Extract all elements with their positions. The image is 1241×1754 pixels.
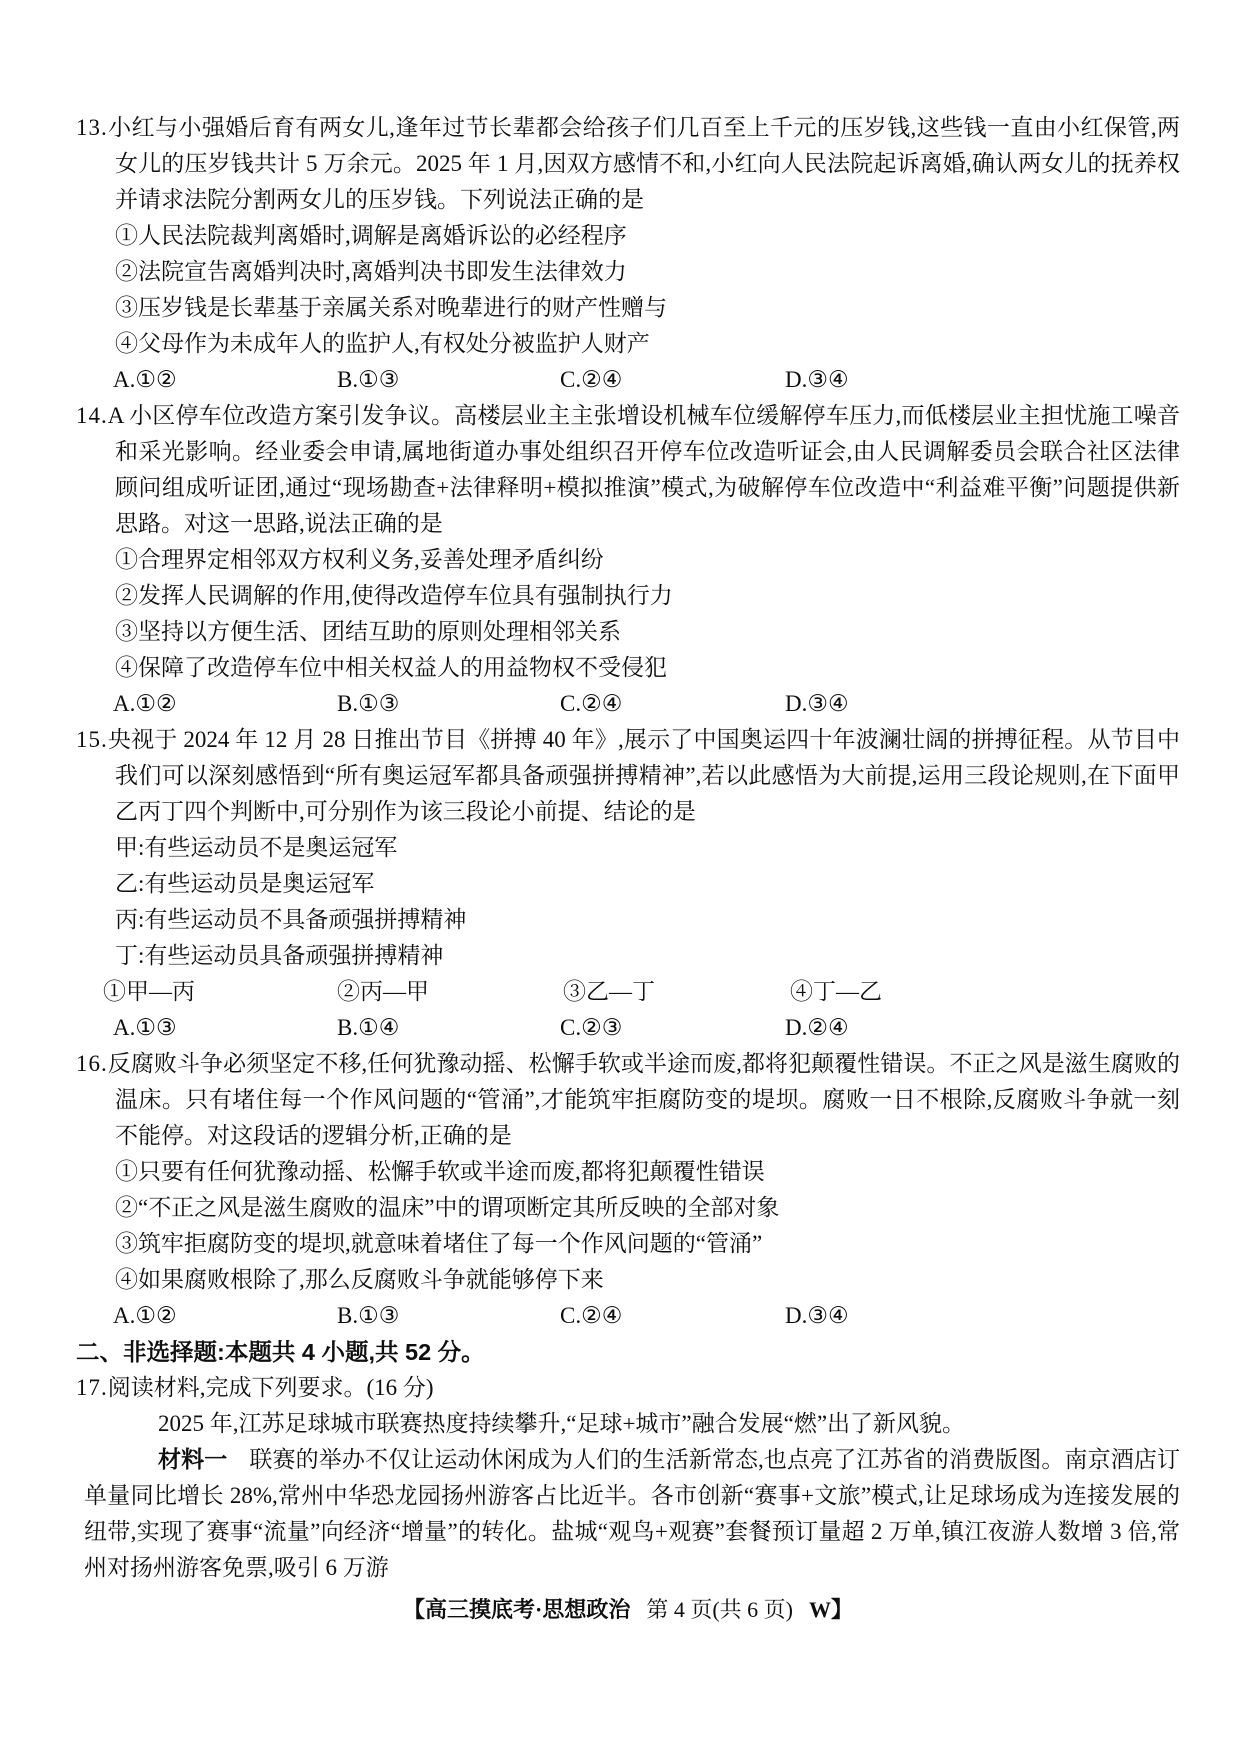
question-13-choice-d: D.③④ [785,362,1180,398]
question-14-choice-d: D.③④ [785,686,1180,722]
section-2-heading: 二、非选择题:本题共 4 小题,共 52 分。 [76,1334,1180,1370]
question-15-statement-jia: 甲:有些运动员不是奥运冠军 [76,830,1180,866]
question-17-intro: 17.阅读材料,完成下列要求。(16 分) [76,1370,1180,1406]
question-13-choices: A.①② B.①③ C.②④ D.③④ [76,362,1180,398]
question-15-choice-b: B.①④ [337,1010,560,1046]
question-15-pair-1: ①甲—丙 [103,974,337,1010]
question-16-choice-a: A.①② [113,1298,337,1334]
question-16-option-3: ③筑牢拒腐防变的堤坝,就意味着堵住了每一个作风问题的“管涌” [76,1226,1180,1262]
question-16-number: 16. [76,1051,108,1076]
question-15-number: 15. [76,727,108,752]
question-14-option-3: ③坚持以方便生活、团结互助的原则处理相邻关系 [76,614,1180,650]
footer-page-number: 第 4 页(共 6 页) [646,1597,793,1622]
question-14-option-4: ④保障了改造停车位中相关权益人的用益物权不受侵犯 [76,650,1180,686]
question-14: 14.A 小区停车位改造方案引发争议。高楼层业主主张增设机械车位缓解停车压力,而… [76,398,1180,722]
question-16-option-2: ②“不正之风是滋生腐败的温床”中的谓项断定其所反映的全部对象 [76,1190,1180,1226]
question-13-option-3: ③压岁钱是长辈基于亲属关系对晚辈进行的财产性赠与 [76,290,1180,326]
question-15-choices: A.①③ B.①④ C.②③ D.②④ [76,1010,1180,1046]
question-17-text: 阅读材料,完成下列要求。(16 分) [108,1375,434,1400]
question-13-choice-b: B.①③ [337,362,560,398]
question-16-text: 反腐败斗争必须坚定不移,任何犹豫动摇、松懈手软或半途而废,都将犯颠覆性错误。不正… [108,1051,1180,1148]
question-14-choice-b: B.①③ [337,686,560,722]
question-15-statement-bing: 丙:有些运动员不具备顽强拼搏精神 [76,902,1180,938]
question-15-choice-d: D.②④ [785,1010,1180,1046]
question-14-choices: A.①② B.①③ C.②④ D.③④ [76,686,1180,722]
question-17-material: 2025 年,江苏足球城市联赛热度持续攀升,“足球+城市”融合发展“燃”出了新风… [76,1406,1180,1586]
question-13-stem: 13.小红与小强婚后育有两女儿,逢年过节长辈都会给孩子们几百至上千元的压岁钱,这… [76,110,1180,218]
footer-version-mark: W】 [809,1597,853,1622]
question-17: 17.阅读材料,完成下列要求。(16 分) 2025 年,江苏足球城市联赛热度持… [76,1370,1180,1586]
question-14-choice-a: A.①② [113,686,337,722]
question-13: 13.小红与小强婚后育有两女儿,逢年过节长辈都会给孩子们几百至上千元的压岁钱,这… [76,110,1180,398]
material-intro-paragraph: 2025 年,江苏足球城市联赛热度持续攀升,“足球+城市”融合发展“燃”出了新风… [76,1406,1180,1442]
question-15-choice-c: C.②③ [560,1010,785,1046]
material-1-paragraph: 材料一联赛的举办不仅让运动休闲成为人们的生活新常态,也点亮了江苏省的消费版图。南… [76,1442,1180,1586]
question-16-option-4: ④如果腐败根除了,那么反腐败斗争就能够停下来 [76,1262,1180,1298]
question-13-text: 小红与小强婚后育有两女儿,逢年过节长辈都会给孩子们几百至上千元的压岁钱,这些钱一… [108,115,1180,212]
question-17-number: 17. [76,1375,108,1400]
question-13-number: 13. [76,115,108,140]
question-14-option-1: ①合理界定相邻双方权利义务,妥善处理矛盾纠纷 [76,542,1180,578]
question-13-choice-c: C.②④ [560,362,785,398]
material-1-label: 材料一 [158,1447,227,1472]
question-15-pair-3: ③乙—丁 [563,974,790,1010]
question-16: 16.反腐败斗争必须坚定不移,任何犹豫动摇、松懈手软或半途而废,都将犯颠覆性错误… [76,1046,1180,1334]
question-14-stem: 14.A 小区停车位改造方案引发争议。高楼层业主主张增设机械车位缓解停车压力,而… [76,398,1180,542]
question-15-pair-2: ②丙—甲 [337,974,563,1010]
question-16-choice-d: D.③④ [785,1298,1180,1334]
question-15-pair-4: ④丁—乙 [790,974,1180,1010]
question-15-statement-ding: 丁:有些运动员具备顽强拼搏精神 [76,938,1180,974]
question-13-option-4: ④父母作为未成年人的监护人,有权处分被监护人财产 [76,326,1180,362]
question-13-choice-a: A.①② [113,362,337,398]
question-13-option-1: ①人民法院裁判离婚时,调解是离婚诉讼的必经程序 [76,218,1180,254]
question-14-number: 14. [76,403,108,428]
question-14-choice-c: C.②④ [560,686,785,722]
question-15-pairs: ①甲—丙 ②丙—甲 ③乙—丁 ④丁—乙 [76,974,1180,1010]
question-15: 15.央视于 2024 年 12 月 28 日推出节目《拼搏 40 年》,展示了… [76,722,1180,1046]
material-1-text: 联赛的举办不仅让运动休闲成为人们的生活新常态,也点亮了江苏省的消费版图。南京酒店… [84,1447,1180,1580]
question-16-choice-b: B.①③ [337,1298,560,1334]
question-15-statement-yi: 乙:有些运动员是奥运冠军 [76,866,1180,902]
question-16-option-1: ①只要有任何犹豫动摇、松懈手软或半途而废,都将犯颠覆性错误 [76,1154,1180,1190]
question-15-stem: 15.央视于 2024 年 12 月 28 日推出节目《拼搏 40 年》,展示了… [76,722,1180,830]
question-13-option-2: ②法院宣告离婚判决时,离婚判决书即发生法律效力 [76,254,1180,290]
page-footer: 【高三摸底考·思想政治第 4 页(共 6 页)W】 [76,1592,1180,1628]
exam-page: 13.小红与小强婚后育有两女儿,逢年过节长辈都会给孩子们几百至上千元的压岁钱,这… [0,0,1241,1754]
question-16-choices: A.①② B.①③ C.②④ D.③④ [76,1298,1180,1334]
exam-content: 13.小红与小强婚后育有两女儿,逢年过节长辈都会给孩子们几百至上千元的压岁钱,这… [76,110,1180,1628]
question-14-option-2: ②发挥人民调解的作用,使得改造停车位具有强制执行力 [76,578,1180,614]
footer-exam-title: 【高三摸底考·思想政治 [403,1597,630,1622]
question-16-stem: 16.反腐败斗争必须坚定不移,任何犹豫动摇、松懈手软或半途而废,都将犯颠覆性错误… [76,1046,1180,1154]
question-14-text: A 小区停车位改造方案引发争议。高楼层业主主张增设机械车位缓解停车压力,而低楼层… [108,403,1180,536]
question-15-choice-a: A.①③ [113,1010,337,1046]
question-15-text: 央视于 2024 年 12 月 28 日推出节目《拼搏 40 年》,展示了中国奥… [108,727,1180,824]
question-16-choice-c: C.②④ [560,1298,785,1334]
